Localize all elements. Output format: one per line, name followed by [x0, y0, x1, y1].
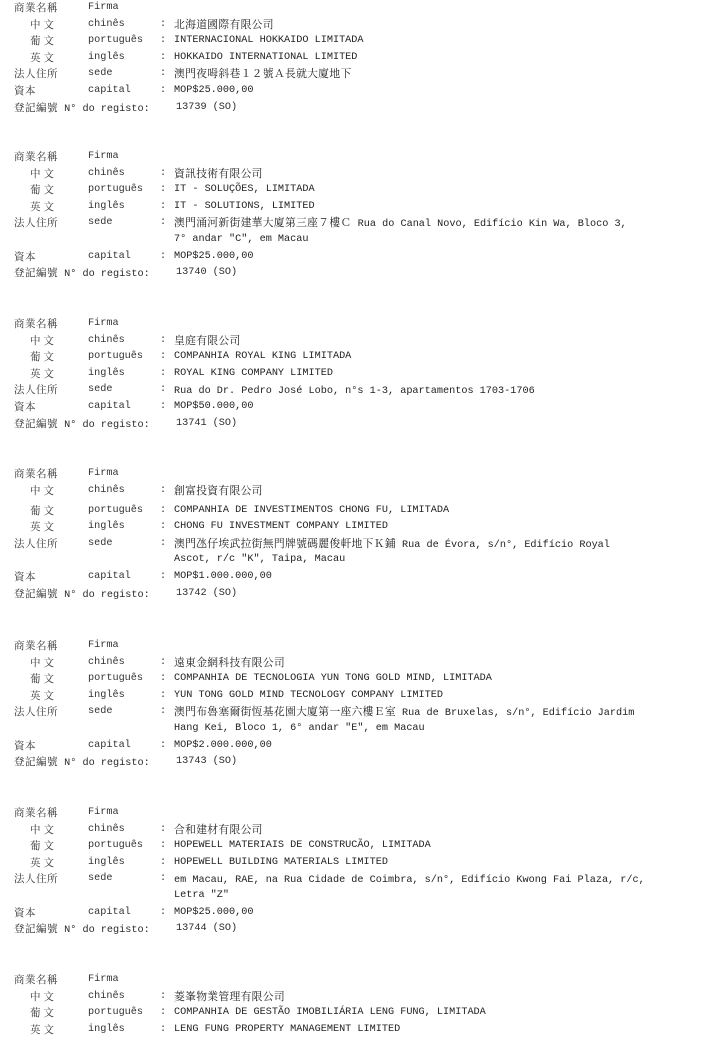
- portugues-label-zh: 葡文: [30, 1005, 57, 1022]
- firma-row: 商業名稱 Firma: [0, 805, 717, 822]
- sede-address-continued: 7° andar "C", em Macau: [174, 232, 309, 249]
- sede-label-zh: 法人住所: [14, 871, 58, 888]
- sede-label-zh: 法人住所: [14, 66, 58, 83]
- ingles-label-pt: inglês: [88, 688, 125, 705]
- capital-label-zh: 資本: [14, 738, 36, 755]
- registo-row: 登記編號 N° do registo: 13744 (SO): [0, 921, 717, 938]
- capital-label-pt: capital: [88, 399, 131, 416]
- portuguese-name: COMPANHIA ROYAL KING LIMITADA: [174, 349, 351, 366]
- sede-address-continued: Letra "Z": [174, 888, 229, 905]
- colon: :: [160, 855, 166, 872]
- portuguese-name: INTERNACIONAL HOKKAIDO LIMITADA: [174, 33, 364, 50]
- portugues-label-zh: 葡文: [30, 182, 57, 199]
- chines-row: 中文 chinês : 皇庭有限公司: [0, 333, 717, 350]
- colon: :: [160, 182, 166, 199]
- sede-label-pt: sede: [88, 536, 112, 553]
- firma-label-zh: 商業名稱: [14, 805, 58, 822]
- capital-value: MOP$1.000.000,00: [174, 569, 272, 586]
- portugues-row: 葡文 português : COMPANHIA ROYAL KING LIMI…: [0, 349, 717, 366]
- sede-continuation-row: Ascot, r/c "K", Taipa, Macau: [0, 552, 717, 569]
- sede-continuation-row: Letra "Z": [0, 888, 717, 905]
- english-name: LENG FUNG PROPERTY MANAGEMENT LIMITED: [174, 1022, 400, 1039]
- registo-label: 登記編號 N° do registo:: [14, 586, 150, 605]
- chines-row: 中文 chinês : 菱峯物業管理有限公司: [0, 989, 717, 1006]
- capital-label-pt: capital: [88, 83, 131, 100]
- colon: :: [160, 83, 166, 100]
- sede-continuation-row: 7° andar "C", em Macau: [0, 232, 717, 249]
- chines-label-zh: 中文: [30, 822, 57, 839]
- capital-row: 資本 capital : MOP$1.000.000,00: [0, 569, 717, 586]
- company-entry-13743: 商業名稱 Firma 中文 chinês : 遠東金網科技有限公司 葡文 por…: [0, 638, 717, 771]
- colon: :: [160, 199, 166, 216]
- english-name: IT - SOLUTIONS, LIMITED: [174, 199, 315, 216]
- colon: :: [160, 166, 166, 183]
- sede-row: 法人住所 sede : 澳門氹仔埃武拉街無門牌號碼麗俊軒地下Ｋ鋪 Rua de …: [0, 536, 717, 553]
- firma-label-zh: 商業名稱: [14, 316, 58, 333]
- capital-row: 資本 capital : MOP$25.000,00: [0, 249, 717, 266]
- capital-value: MOP$50.000,00: [174, 399, 253, 416]
- colon: :: [160, 838, 166, 855]
- ingles-label-pt: inglês: [88, 199, 125, 216]
- ingles-label-pt: inglês: [88, 855, 125, 872]
- ingles-label-pt: inglês: [88, 50, 125, 67]
- company-entry-13744: 商業名稱 Firma 中文 chinês : 合和建材有限公司 葡文 portu…: [0, 805, 717, 938]
- colon: :: [160, 215, 166, 232]
- ingles-row: 英文 inglês : HOKKAIDO INTERNATIONAL LIMIT…: [0, 50, 717, 67]
- portugues-label-pt: português: [88, 838, 143, 855]
- chines-row: 中文 chinês : 合和建材有限公司: [0, 822, 717, 839]
- portugues-row: 葡文 português : INTERNACIONAL HOKKAIDO LI…: [0, 33, 717, 50]
- ingles-label-zh: 英文: [30, 855, 57, 872]
- colon: :: [160, 655, 166, 672]
- company-entry-partial: 商業名稱 Firma 中文 chinês : 菱峯物業管理有限公司 葡文 por…: [0, 972, 717, 1038]
- colon: :: [160, 503, 166, 520]
- registo-number: 13740 (SO): [176, 265, 237, 282]
- english-name: ROYAL KING COMPANY LIMITED: [174, 366, 333, 383]
- chines-label-zh: 中文: [30, 333, 57, 350]
- sede-label-pt: sede: [88, 215, 112, 232]
- company-entry-13742: 商業名稱 Firma 中文 chinês : 創富投資有限公司 葡文 portu…: [0, 466, 717, 602]
- colon: :: [160, 871, 166, 888]
- ingles-row: 英文 inglês : ROYAL KING COMPANY LIMITED: [0, 366, 717, 383]
- firma-label-zh: 商業名稱: [14, 466, 58, 483]
- sede-label-zh: 法人住所: [14, 215, 58, 232]
- sede-row: 法人住所 sede : 澳門布魯塞爾街恆基花園大廈第一座六樓Ｅ室 Rua de …: [0, 704, 717, 721]
- portugues-label-zh: 葡文: [30, 671, 57, 688]
- ingles-label-zh: 英文: [30, 519, 57, 536]
- colon: :: [160, 569, 166, 586]
- ingles-row: 英文 inglês : IT - SOLUTIONS, LIMITED: [0, 199, 717, 216]
- ingles-label-pt: inglês: [88, 519, 125, 536]
- ingles-label-zh: 英文: [30, 366, 57, 383]
- chines-label-pt: chinês: [88, 655, 125, 672]
- capital-label-zh: 資本: [14, 569, 36, 586]
- colon: :: [160, 688, 166, 705]
- sede-address-continued: Ascot, r/c "K", Taipa, Macau: [174, 552, 345, 569]
- colon: :: [160, 66, 166, 83]
- capital-label-zh: 資本: [14, 905, 36, 922]
- ingles-label-zh: 英文: [30, 1022, 57, 1039]
- registo-number: 13743 (SO): [176, 754, 237, 771]
- english-name: HOPEWELL BUILDING MATERIALS LIMITED: [174, 855, 388, 872]
- chines-label-pt: chinês: [88, 822, 125, 839]
- chines-label-pt: chinês: [88, 989, 125, 1006]
- firma-label-zh: 商業名稱: [14, 149, 58, 166]
- portugues-row: 葡文 português : COMPANHIA DE TECNOLOGIA Y…: [0, 671, 717, 688]
- portugues-label-zh: 葡文: [30, 33, 57, 50]
- firma-label-pt: Firma: [88, 805, 119, 822]
- colon: :: [160, 905, 166, 922]
- ingles-row: 英文 inglês : LENG FUNG PROPERTY MANAGEMEN…: [0, 1022, 717, 1039]
- chines-label-pt: chinês: [88, 333, 125, 350]
- firma-row: 商業名稱 Firma: [0, 149, 717, 166]
- registo-label: 登記編號 N° do registo:: [14, 416, 150, 435]
- capital-value: MOP$25.000,00: [174, 905, 253, 922]
- capital-label-pt: capital: [88, 569, 131, 586]
- colon: :: [160, 349, 166, 366]
- chines-label-pt: chinês: [88, 483, 125, 500]
- sede-row: 法人住所 sede : 澳門夜呣斜巷１２號Ａ長就大廈地下: [0, 66, 717, 83]
- portugues-label-pt: português: [88, 1005, 143, 1022]
- registo-row: 登記編號 N° do registo: 13743 (SO): [0, 754, 717, 771]
- colon: :: [160, 33, 166, 50]
- registo-label: 登記編號 N° do registo:: [14, 921, 150, 940]
- capital-row: 資本 capital : MOP$50.000,00: [0, 399, 717, 416]
- sede-label-pt: sede: [88, 66, 112, 83]
- capital-label-pt: capital: [88, 905, 131, 922]
- firma-label-zh: 商業名稱: [14, 972, 58, 989]
- registo-row: 登記編號 N° do registo: 13739 (SO): [0, 100, 717, 117]
- capital-label-zh: 資本: [14, 83, 36, 100]
- sede-row: 法人住所 sede : em Macau, RAE, na Rua Cidade…: [0, 871, 717, 888]
- portuguese-name: COMPANHIA DE GESTÃO IMOBILIÁRIA LENG FUN…: [174, 1005, 486, 1022]
- colon: :: [160, 399, 166, 416]
- colon: :: [160, 519, 166, 536]
- sede-address-continued: Hang Kei, Bloco 1, 6° andar "E", em Maca…: [174, 721, 425, 738]
- ingles-label-pt: inglês: [88, 1022, 125, 1039]
- portugues-label-pt: português: [88, 182, 143, 199]
- colon: :: [160, 333, 166, 350]
- chines-row: 中文 chinês : 遠東金網科技有限公司: [0, 655, 717, 672]
- company-entry-13739: 商業名稱 Firma 中文 chinês : 北海道國際有限公司 葡文 port…: [0, 0, 717, 116]
- firma-row: 商業名稱 Firma: [0, 638, 717, 655]
- registo-row: 登記編號 N° do registo: 13740 (SO): [0, 265, 717, 282]
- english-name: HOKKAIDO INTERNATIONAL LIMITED: [174, 50, 357, 67]
- company-entry-13740: 商業名稱 Firma 中文 chinês : 資訊技術有限公司 葡文 portu…: [0, 149, 717, 282]
- portuguese-name: HOPEWELL MATERIAIS DE CONSTRUCÃO, LIMITA…: [174, 838, 431, 855]
- firma-label-pt: Firma: [88, 316, 119, 333]
- registo-number: 13741 (SO): [176, 416, 237, 433]
- sede-label-pt: sede: [88, 382, 112, 399]
- firma-label-pt: Firma: [88, 972, 119, 989]
- ingles-row: 英文 inglês : HOPEWELL BUILDING MATERIALS …: [0, 855, 717, 872]
- sede-row: 法人住所 sede : 澳門涌河新街建華大廈第三座７樓Ｃ Rua do Cana…: [0, 215, 717, 232]
- portugues-label-zh: 葡文: [30, 838, 57, 855]
- ingles-label-pt: inglês: [88, 366, 125, 383]
- colon: :: [160, 50, 166, 67]
- colon: :: [160, 382, 166, 399]
- capital-value: MOP$25.000,00: [174, 83, 253, 100]
- portuguese-name: COMPANHIA DE TECNOLOGIA YUN TONG GOLD MI…: [174, 671, 492, 688]
- firma-label-zh: 商業名稱: [14, 638, 58, 655]
- registo-label: 登記編號 N° do registo:: [14, 100, 150, 119]
- capital-label-zh: 資本: [14, 399, 36, 416]
- portuguese-name: IT - SOLUÇÕES, LIMITADA: [174, 182, 315, 199]
- colon: :: [160, 483, 166, 500]
- firma-row: 商業名稱 Firma: [0, 466, 717, 483]
- firma-row: 商業名稱 Firma: [0, 0, 717, 17]
- firma-label-pt: Firma: [88, 149, 119, 166]
- colon: :: [160, 989, 166, 1006]
- portugues-row: 葡文 português : HOPEWELL MATERIAIS DE CON…: [0, 838, 717, 855]
- english-name: CHONG FU INVESTMENT COMPANY LIMITED: [174, 519, 388, 536]
- colon: :: [160, 1005, 166, 1022]
- chines-label-pt: chinês: [88, 17, 125, 34]
- chines-label-zh: 中文: [30, 166, 57, 183]
- colon: :: [160, 17, 166, 34]
- capital-value: MOP$2.000.000,00: [174, 738, 272, 755]
- portugues-label-zh: 葡文: [30, 503, 57, 520]
- portugues-label-pt: português: [88, 349, 143, 366]
- portugues-label-pt: português: [88, 671, 143, 688]
- english-name: YUN TONG GOLD MIND TECNOLOGY COMPANY LIM…: [174, 688, 443, 705]
- chines-label-pt: chinês: [88, 166, 125, 183]
- capital-value: MOP$25.000,00: [174, 249, 253, 266]
- capital-label-pt: capital: [88, 738, 131, 755]
- sede-label-zh: 法人住所: [14, 704, 58, 721]
- portugues-row: 葡文 português : COMPANHIA DE INVESTIMENTO…: [0, 503, 717, 520]
- colon: :: [160, 704, 166, 721]
- chines-row: 中文 chinês : 資訊技術有限公司: [0, 166, 717, 183]
- capital-row: 資本 capital : MOP$25.000,00: [0, 905, 717, 922]
- firma-label-pt: Firma: [88, 638, 119, 655]
- capital-row: 資本 capital : MOP$25.000,00: [0, 83, 717, 100]
- registo-row: 登記編號 N° do registo: 13741 (SO): [0, 416, 717, 433]
- chines-label-zh: 中文: [30, 17, 57, 34]
- sede-label-pt: sede: [88, 704, 112, 721]
- portugues-label-zh: 葡文: [30, 349, 57, 366]
- chines-row: 中文 chinês : 北海道國際有限公司: [0, 17, 717, 34]
- sede-label-zh: 法人住所: [14, 536, 58, 553]
- company-entry-13741: 商業名稱 Firma 中文 chinês : 皇庭有限公司 葡文 portugu…: [0, 316, 717, 432]
- capital-label-pt: capital: [88, 249, 131, 266]
- firma-row: 商業名稱 Firma: [0, 972, 717, 989]
- portugues-row: 葡文 português : IT - SOLUÇÕES, LIMITADA: [0, 182, 717, 199]
- colon: :: [160, 822, 166, 839]
- chines-label-zh: 中文: [30, 655, 57, 672]
- portugues-label-pt: português: [88, 503, 143, 520]
- colon: :: [160, 738, 166, 755]
- firma-label-zh: 商業名稱: [14, 0, 58, 17]
- registo-number: 13739 (SO): [176, 100, 237, 117]
- sede-continuation-row: Hang Kei, Bloco 1, 6° andar "E", em Maca…: [0, 721, 717, 738]
- registo-row: 登記編號 N° do registo: 13742 (SO): [0, 586, 717, 603]
- sede-label-zh: 法人住所: [14, 382, 58, 399]
- ingles-label-zh: 英文: [30, 688, 57, 705]
- chines-row: 中文 chinês : 創富投資有限公司: [0, 483, 717, 503]
- registo-number: 13742 (SO): [176, 586, 237, 603]
- capital-label-zh: 資本: [14, 249, 36, 266]
- colon: :: [160, 366, 166, 383]
- ingles-row: 英文 inglês : CHONG FU INVESTMENT COMPANY …: [0, 519, 717, 536]
- colon: :: [160, 1022, 166, 1039]
- registo-number: 13744 (SO): [176, 921, 237, 938]
- colon: :: [160, 249, 166, 266]
- firma-row: 商業名稱 Firma: [0, 316, 717, 333]
- colon: :: [160, 671, 166, 688]
- sede-row: 法人住所 sede : Rua do Dr. Pedro José Lobo, …: [0, 382, 717, 399]
- chines-label-zh: 中文: [30, 989, 57, 1006]
- portugues-label-pt: português: [88, 33, 143, 50]
- colon: :: [160, 536, 166, 553]
- registo-label: 登記編號 N° do registo:: [14, 754, 150, 773]
- firma-label-pt: Firma: [88, 0, 119, 17]
- sede-label-pt: sede: [88, 871, 112, 888]
- capital-row: 資本 capital : MOP$2.000.000,00: [0, 738, 717, 755]
- portuguese-name: COMPANHIA DE INVESTIMENTOS CHONG FU, LIM…: [174, 503, 449, 520]
- ingles-label-zh: 英文: [30, 199, 57, 216]
- firma-label-pt: Firma: [88, 466, 119, 483]
- chinese-name: 創富投資有限公司: [174, 483, 263, 502]
- ingles-label-zh: 英文: [30, 50, 57, 67]
- chines-label-zh: 中文: [30, 483, 57, 500]
- ingles-row: 英文 inglês : YUN TONG GOLD MIND TECNOLOGY…: [0, 688, 717, 705]
- registo-label: 登記編號 N° do registo:: [14, 265, 150, 284]
- portugues-row: 葡文 português : COMPANHIA DE GESTÃO IMOBI…: [0, 1005, 717, 1022]
